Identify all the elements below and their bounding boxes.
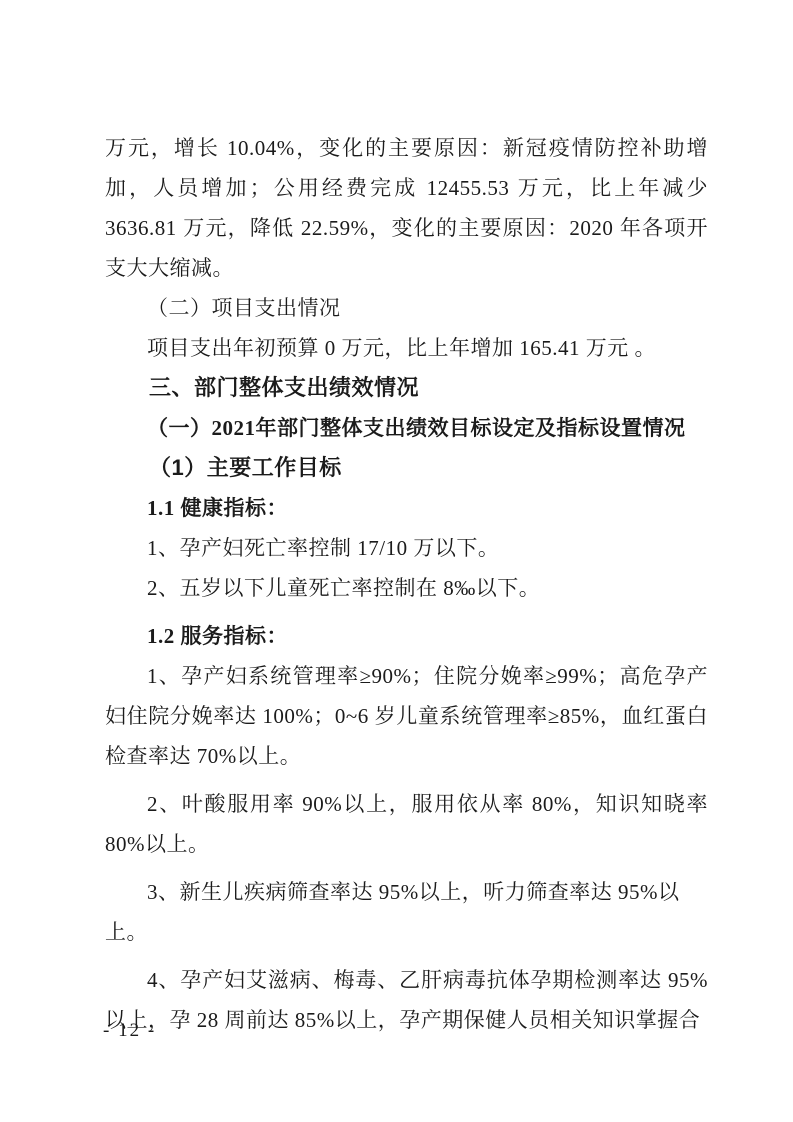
paragraph-service-indicator-1: 1、孕产妇系统管理率≥90%；住院分娩率≥99%；高危孕产妇住院分娩率达 100… [105,656,708,776]
paragraph-health-indicator-1: 1、孕产妇死亡率控制 17/10 万以下。 [105,528,708,568]
heading-2021-performance-targets: （一）2021年部门整体支出绩效目标设定及指标设置情况 [105,408,708,448]
heading-main-work-goals: （1）主要工作目标 [105,448,708,488]
paragraph-budget-change-continuation: 万元，增长 10.04%，变化的主要原因：新冠疫情防控补助增加，人员增加；公用经… [105,128,708,288]
paragraph-service-indicator-2: 2、叶酸服用率 90%以上，服用依从率 80%，知识知晓率 80%以上。 [105,784,708,864]
heading-service-indicators: 1.2 服务指标： [105,616,708,656]
paragraph-project-expenditure: 项目支出年初预算 0 万元，比上年增加 165.41 万元 。 [105,328,708,368]
paragraph-service-indicator-3: 3、新生儿疾病筛查率达 95%以上，听力筛查率达 95%以上。 [105,872,708,952]
paragraph-service-indicator-4: 4、孕产妇艾滋病、梅毒、乙肝病毒抗体孕期检测率达 95%以上，孕 28 周前达 … [105,960,708,1040]
heading-project-expenditure: （二）项目支出情况 [105,288,708,328]
page-number: - 12 - [103,1020,156,1042]
heading-health-indicators: 1.1 健康指标： [105,488,708,528]
paragraph-health-indicator-2: 2、五岁以下儿童死亡率控制在 8‰以下。 [105,568,708,608]
heading-section-three-overall-performance: 三、部门整体支出绩效情况 [105,368,708,408]
document-page: 万元，增长 10.04%，变化的主要原因：新冠疫情防控补助增加，人员增加；公用经… [0,0,793,1122]
